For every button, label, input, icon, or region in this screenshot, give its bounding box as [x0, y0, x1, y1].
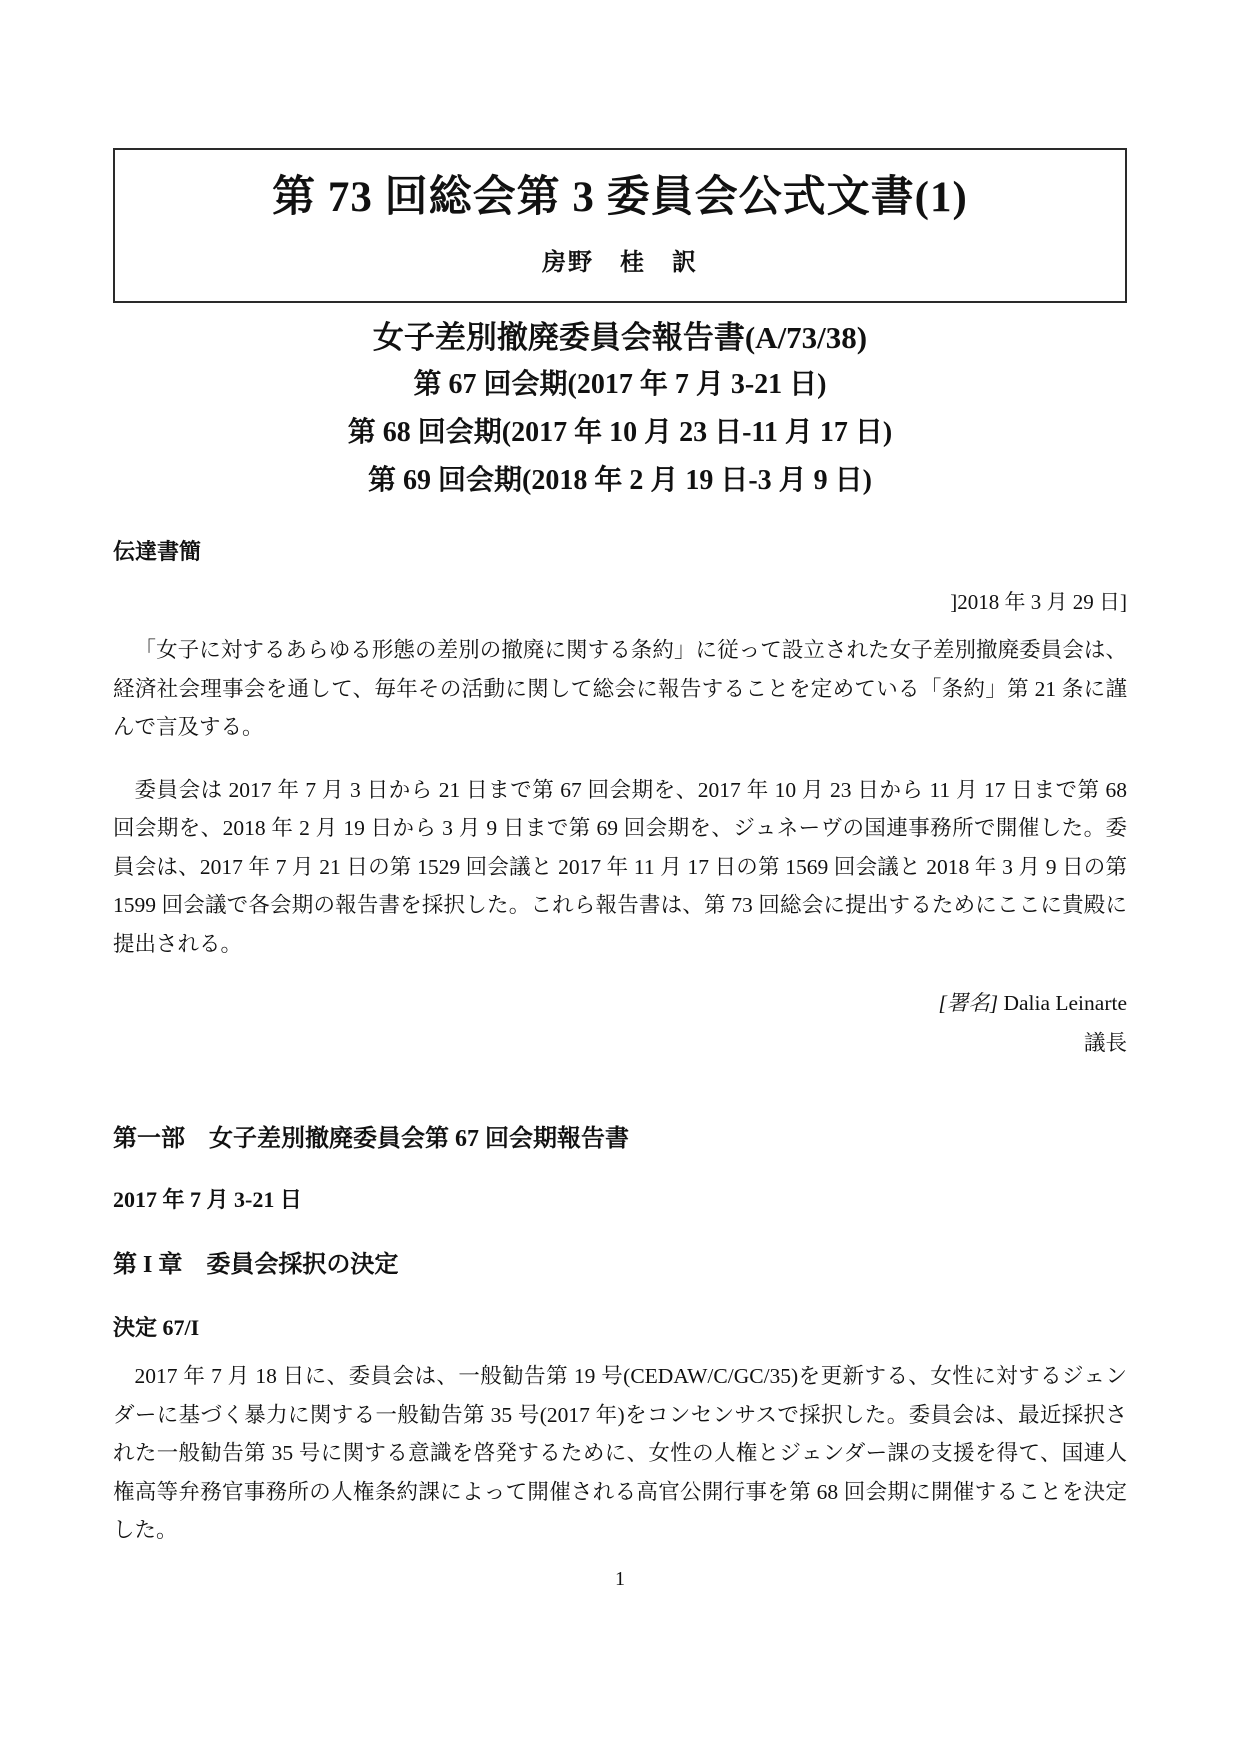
document-title: 第 73 回総会第 3 委員会公式文書(1): [272, 174, 968, 221]
signature-name: Dalia Leinarte: [998, 991, 1127, 1015]
document-page: 第 73 回総会第 3 委員会公式文書(1) 房野 桂 訳 女子差別撤廃委員会報…: [0, 0, 1240, 1754]
signature-title: 議長: [113, 1023, 1127, 1063]
report-header: 女子差別撤廃委員会報告書(A/73/38) 第 67 回会期(2017 年 7 …: [113, 315, 1127, 505]
title-box: 第 73 回総会第 3 委員会公式文書(1) 房野 桂 訳: [113, 148, 1127, 303]
session-line-69: 第 69 回会期(2018 年 2 月 19 日-3 月 9 日): [113, 457, 1127, 505]
report-title: 女子差別撤廃委員会報告書(A/73/38): [113, 315, 1127, 361]
signature-block: [署名] Dalia Leinarte 議長: [113, 983, 1127, 1063]
decision-67-1-paragraph: 2017 年 7 月 18 日に、委員会は、一般勧告第 19 号(CEDAW/C…: [113, 1357, 1127, 1550]
part1-date: 2017 年 7 月 3-21 日: [113, 1185, 1127, 1215]
letter-paragraph-2: 委員会は 2017 年 7 月 3 日から 21 日まで第 67 回会期を、20…: [113, 771, 1127, 964]
part1-heading: 第一部 女子差別撤廃委員会第 67 回会期報告書: [113, 1123, 1127, 1155]
page-number: 1: [0, 1568, 1240, 1591]
translator-credit: 房野 桂 訳: [542, 242, 698, 277]
letter-date: ]2018 年 3 月 29 日]: [113, 587, 1127, 617]
signature-line: [署名] Dalia Leinarte: [113, 983, 1127, 1023]
letter-paragraph-1: 「女子に対するあらゆる形態の差別の撤廃に関する条約」に従って設立された女子差別撤…: [113, 631, 1127, 747]
decision-67-1-label: 決定 67/I: [113, 1313, 1127, 1343]
signature-label: [署名]: [938, 991, 998, 1015]
session-line-68: 第 68 回会期(2017 年 10 月 23 日-11 月 17 日): [113, 409, 1127, 457]
chapter1-heading: 第 I 章 委員会採択の決定: [113, 1249, 1127, 1281]
letter-heading: 伝達書簡: [113, 537, 1127, 567]
session-line-67: 第 67 回会期(2017 年 7 月 3-21 日): [113, 361, 1127, 409]
